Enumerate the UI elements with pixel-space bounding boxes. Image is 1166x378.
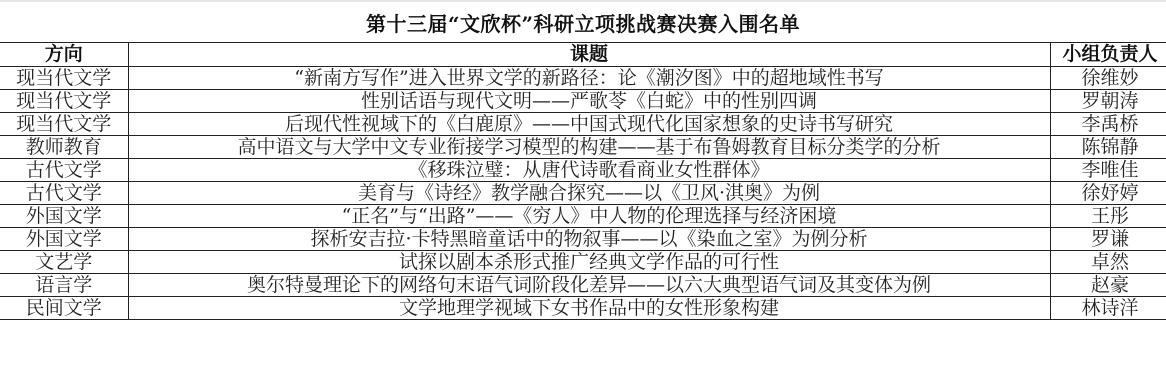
- cell-topic: “正名”与“出路”——《穷人》中人物的伦理选择与经济困境: [128, 205, 1050, 228]
- cell-leader: 王彤: [1050, 205, 1166, 228]
- table-header-row: 方向 课题 小组负责人: [0, 43, 1166, 67]
- cell-direction: 民间文学: [0, 297, 128, 320]
- table-row: 古代文学 《移珠泣璧：从唐代诗歌看商业女性群体》 李唯佳: [0, 159, 1166, 182]
- cell-leader: 罗朝涛: [1050, 90, 1166, 113]
- cell-leader: 徐维妙: [1050, 67, 1166, 90]
- cell-direction: 古代文学: [0, 159, 128, 182]
- cell-leader: 林诗洋: [1050, 297, 1166, 320]
- cell-leader: 陈锦静: [1050, 136, 1166, 159]
- cell-topic: 性别话语与现代文明——严歌苓《白蛇》中的性别四调: [128, 90, 1050, 113]
- cell-leader: 赵豪: [1050, 274, 1166, 297]
- header-leader: 小组负责人: [1050, 43, 1166, 67]
- cell-direction: 语言学: [0, 274, 128, 297]
- cell-direction: 外国文学: [0, 228, 128, 251]
- table-row: 外国文学 探析安吉拉·卡特黑暗童话中的物叙事——以《染血之室》为例分析 罗谦: [0, 228, 1166, 251]
- table-row: 现当代文学 性别话语与现代文明——严歌苓《白蛇》中的性别四调 罗朝涛: [0, 90, 1166, 113]
- table-row: 现当代文学 “新南方写作”进入世界文学的新路径：论《潮汐图》中的超地域性书写 徐…: [0, 67, 1166, 90]
- cell-topic: 文学地理学视域下女书作品中的女性形象构建: [128, 297, 1050, 320]
- cell-topic: 探析安吉拉·卡特黑暗童话中的物叙事——以《染血之室》为例分析: [128, 228, 1050, 251]
- cell-direction: 古代文学: [0, 182, 128, 205]
- table-row: 文艺学 试探以剧本杀形式推广经典文学作品的可行性 卓然: [0, 251, 1166, 274]
- cell-leader: 卓然: [1050, 251, 1166, 274]
- cell-direction: 外国文学: [0, 205, 128, 228]
- cell-direction: 现当代文学: [0, 113, 128, 136]
- cell-leader: 李禹桥: [1050, 113, 1166, 136]
- table-row: 外国文学 “正名”与“出路”——《穷人》中人物的伦理选择与经济困境 王彤: [0, 205, 1166, 228]
- table-row: 现当代文学 后现代性视域下的《白鹿原》——中国式现代化国家想象的史诗书写研究 李…: [0, 113, 1166, 136]
- cell-topic: 美育与《诗经》教学融合探究——以《卫风·淇奥》为例: [128, 182, 1050, 205]
- table-row: 民间文学 文学地理学视域下女书作品中的女性形象构建 林诗洋: [0, 297, 1166, 320]
- cell-direction: 教师教育: [0, 136, 128, 159]
- cell-leader: 李唯佳: [1050, 159, 1166, 182]
- header-topic: 课题: [128, 43, 1050, 67]
- cell-direction: 现当代文学: [0, 67, 128, 90]
- finalist-table: 方向 课题 小组负责人 现当代文学 “新南方写作”进入世界文学的新路径：论《潮汐…: [0, 42, 1166, 320]
- cell-topic: 《移珠泣璧：从唐代诗歌看商业女性群体》: [128, 159, 1050, 182]
- cell-topic: 奥尔特曼理论下的网络句末语气词阶段化差异——以六大典型语气词及其变体为例: [128, 274, 1050, 297]
- header-direction: 方向: [0, 43, 128, 67]
- cell-topic: 高中语文与大学中文专业衔接学习模型的构建——基于布鲁姆教育目标分类学的分析: [128, 136, 1050, 159]
- cell-topic: “新南方写作”进入世界文学的新路径：论《潮汐图》中的超地域性书写: [128, 67, 1050, 90]
- cell-leader: 罗谦: [1050, 228, 1166, 251]
- cell-direction: 现当代文学: [0, 90, 128, 113]
- table-row: 古代文学 美育与《诗经》教学融合探究——以《卫风·淇奥》为例 徐妤婷: [0, 182, 1166, 205]
- cell-topic: 试探以剧本杀形式推广经典文学作品的可行性: [128, 251, 1050, 274]
- cell-leader: 徐妤婷: [1050, 182, 1166, 205]
- cell-topic: 后现代性视域下的《白鹿原》——中国式现代化国家想象的史诗书写研究: [128, 113, 1050, 136]
- document-title: 第十三届“文欣杯”科研立项挑战赛决赛入围名单: [0, 0, 1166, 42]
- cell-direction: 文艺学: [0, 251, 128, 274]
- table-row: 语言学 奥尔特曼理论下的网络句末语气词阶段化差异——以六大典型语气词及其变体为例…: [0, 274, 1166, 297]
- table-row: 教师教育 高中语文与大学中文专业衔接学习模型的构建——基于布鲁姆教育目标分类学的…: [0, 136, 1166, 159]
